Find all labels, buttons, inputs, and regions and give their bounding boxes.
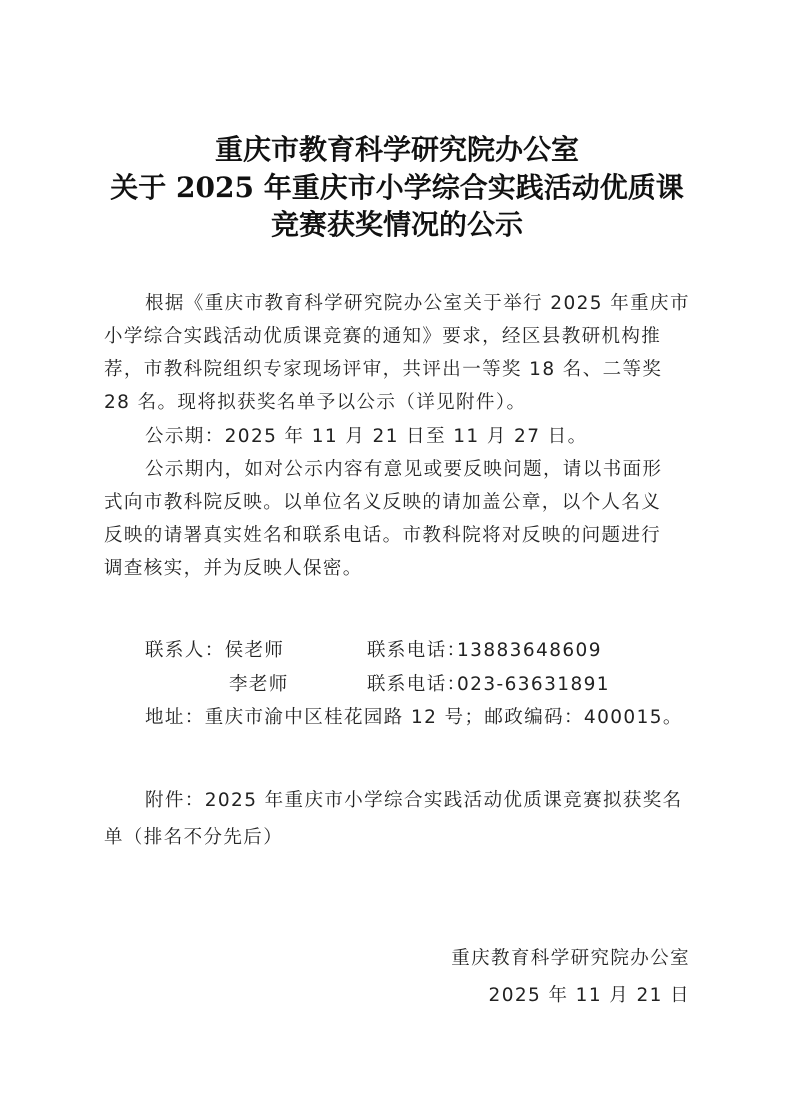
signature-date: 2025 年 11 月 21 日 — [489, 979, 690, 1012]
title-line-3: 竞赛获奖情况的公示 — [0, 206, 794, 244]
paragraph-3-line-3: 反映的请署真实姓名和联系电话。市教科院将对反映的问题进行 — [104, 519, 694, 552]
signature-org: 重庆教育科学研究院办公室 — [451, 942, 690, 975]
contact-name: 李老师 — [229, 668, 289, 701]
title-line-2: 关于 2025 年重庆市小学综合实践活动优质课 — [0, 169, 794, 207]
phone-label: 联系电话： — [367, 634, 467, 667]
phone-number: 023-63631891 — [457, 668, 610, 701]
paragraph-1-line-4: 28 名。现将拟获奖名单予以公示（详见附件）。 — [104, 386, 694, 419]
paragraph-3-line-1: 公示期内，如对公示内容有意见或要反映问题，请以书面形 — [145, 453, 735, 486]
phone-number: 13883648609 — [457, 634, 602, 667]
contact-row-1: 联系人：侯老师 联系电话： 13883648609 — [145, 634, 735, 667]
paragraph-1-line-2: 小学综合实践活动优质课竞赛的通知》要求，经区县教研机构推 — [104, 320, 694, 353]
contact-name: 侯老师 — [225, 640, 285, 661]
paragraph-3-line-4: 调查核实，并为反映人保密。 — [104, 552, 694, 585]
attachment-line-2: 单（排名不分先后） — [104, 821, 694, 854]
address: 地址：重庆市渝中区桂花园路 12 号；邮政编码：400015。 — [145, 701, 735, 734]
title-line-1: 重庆市教育科学研究院办公室 — [0, 131, 794, 169]
attachment-line-1: 附件：2025 年重庆市小学综合实践活动优质课竞赛拟获奖名 — [145, 784, 735, 817]
paragraph-1-line-1: 根据《重庆市教育科学研究院办公室关于举行 2025 年重庆市 — [145, 287, 735, 320]
phone-label: 联系电话： — [367, 668, 467, 701]
paragraph-1-line-3: 荐，市教科院组织专家现场评审，共评出一等奖 18 名、二等奖 — [104, 353, 694, 386]
publicity-period: 公示期：2025 年 11 月 21 日至 11 月 27 日。 — [145, 420, 735, 453]
document-page: 重庆市教育科学研究院办公室 关于 2025 年重庆市小学综合实践活动优质课 竞赛… — [0, 0, 794, 1108]
contact-label: 联系人： — [145, 640, 225, 661]
paragraph-3-line-2: 式向市教科院反映。以单位名义反映的请加盖公章，以个人名义 — [104, 486, 694, 519]
